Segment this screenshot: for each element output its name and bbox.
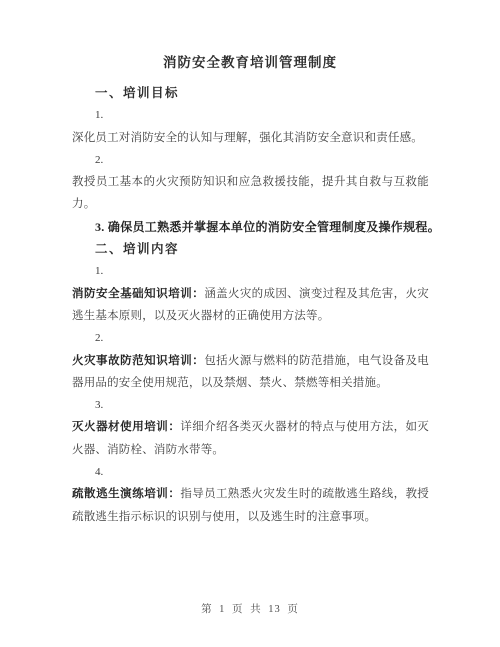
- bold-item-line: 3. 确保员工熟悉并掌握本单位的消防安全管理制度及操作规程。: [72, 216, 429, 238]
- page-number-footer: 第 1 页 共 13 页: [0, 601, 500, 616]
- item-number: 1.: [72, 260, 429, 282]
- item-number: 2.: [72, 327, 429, 349]
- document-page: 消防安全教育培训管理制度 一、培训目标 1. 深化员工对消防安全的认知与理解，强…: [0, 0, 500, 647]
- paragraph: 火灾事故防范知识培训：包括火源与燃料的防范措施，电气设备及电器用品的安全使用规范…: [72, 350, 429, 395]
- paragraph: 灭火器材使用培训：详细介绍各类灭火器材的特点与使用方法，如灭火器、消防栓、消防水…: [72, 416, 429, 461]
- item-number: 4.: [72, 461, 429, 483]
- document-body: 一、培训目标 1. 深化员工对消防安全的认知与理解，强化其消防安全意识和责任感。…: [72, 82, 429, 528]
- paragraph: 深化员工对消防安全的认知与理解，强化其消防安全意识和责任感。: [72, 127, 429, 149]
- item-number: 3.: [72, 394, 429, 416]
- item-lead-bold: 灭火器材使用培训：: [72, 421, 180, 433]
- section-heading-training-goals: 一、培训目标: [72, 82, 429, 104]
- paragraph: 消防安全基础知识培训：涵盖火灾的成因、演变过程及其危害，火灾逃生基本原则，以及灭…: [72, 283, 429, 328]
- item-number: 1.: [72, 104, 429, 126]
- document-title: 消防安全教育培训管理制度: [0, 0, 500, 76]
- item-lead-bold: 消防安全基础知识培训：: [72, 288, 204, 300]
- paragraph: 教授员工基本的火灾预防知识和应急救援技能，提升其自救与互救能力。: [72, 171, 429, 216]
- item-lead-bold: 疏散逃生演练培训：: [72, 488, 180, 500]
- item-lead-bold: 火灾事故防范知识培训：: [72, 355, 204, 367]
- item-number: 2.: [72, 149, 429, 171]
- section-heading-training-content: 二、培训内容: [72, 238, 429, 260]
- paragraph: 疏散逃生演练培训：指导员工熟悉火灾发生时的疏散逃生路线，教授疏散逃生指示标识的识…: [72, 483, 429, 528]
